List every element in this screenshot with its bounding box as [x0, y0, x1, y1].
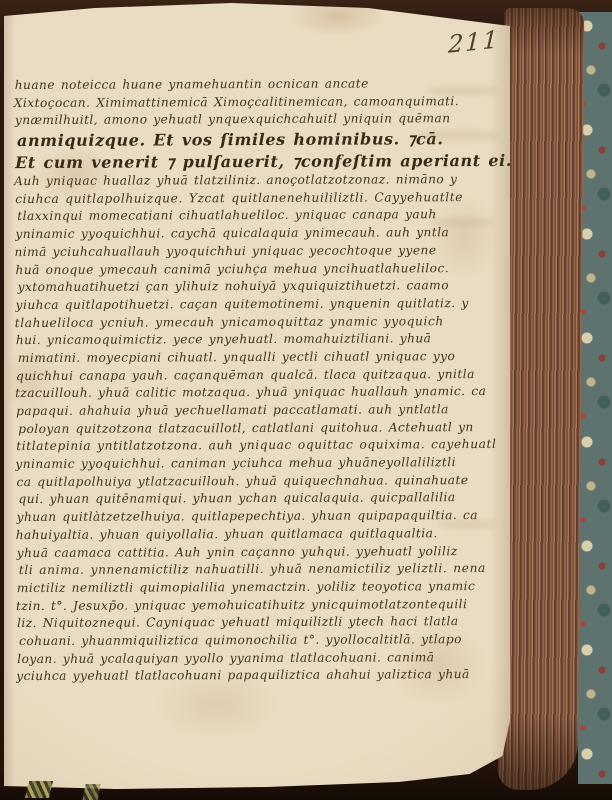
ink-showthrough-smudge	[430, 218, 494, 227]
manuscript-line: poloyan quitzotzona tlatzacuillotl, catl…	[18, 419, 506, 439]
manuscript-line: loyan. yhuā ycalaquiyan yyollo yyanima t…	[17, 649, 505, 669]
book-fore-edge	[498, 8, 585, 791]
ink-showthrough-smudge	[428, 86, 500, 95]
manuscript-line: yninamic yyoquichhui. caychā quicalaquia…	[15, 224, 503, 244]
manuscript-line: yiuhca quitlapotihuetzi. caçan quitemoti…	[16, 295, 504, 315]
manuscript-line: tzacuillouh. yhuā calitic motzaqua. yhuā…	[15, 383, 503, 403]
manuscript-line: quichhui canapa yauh. caçanquēman qualcā…	[16, 366, 504, 386]
manuscript-line: yhuan quitlàtzetzelhuiya. quitlapepechti…	[17, 507, 505, 527]
manuscript-line: yhuā caamaca cattitia. Auh ynin caçanno …	[17, 542, 505, 562]
manuscript-line: yxtomahuatihuetzi çan ylihuiz nohuiyā yx…	[18, 277, 506, 297]
manuscript-line: hahuiyaltia. yhuan quiyollalia. yhuan qu…	[16, 525, 504, 545]
manuscript-photo: 211 huane noteicca huane ynamehuantin oc…	[0, 0, 612, 800]
manuscript-text: huane noteicca huane ynamehuantin ocnica…	[15, 75, 506, 686]
manuscript-line: Auh yniquac huallaz yhuā tlatziliniz. an…	[14, 171, 502, 191]
manuscript-line: tlahueliloca ycniuh. ymecauh ynicamoquit…	[15, 313, 503, 333]
manuscript-line: liz. Niquitoznequi. Cayniquac yehuatl mi…	[17, 613, 505, 633]
manuscript-line: ca quitlapolhuiya ytlatzacuillouh. yhuā …	[16, 472, 504, 492]
manuscript-line: yciuhca yyehuatl tlatlacohuani papaquili…	[16, 666, 504, 686]
ink-showthrough-smudge	[438, 520, 496, 529]
manuscript-line: hui. ynicamoquimictiz. yece ynyehuatl. m…	[16, 330, 504, 350]
manuscript-line: ynæmilhuitl, amono yehuatl ynquexquichca…	[15, 110, 503, 130]
manuscript-line: ciuhca quitlapolhuizque. Yzcat quitlanen…	[15, 189, 503, 209]
manuscript-line: Et cum venerit ⁊ pulſauerit, ⁊confeſtim …	[15, 150, 503, 174]
manuscript-line: huā onoque ymecauh canimā yciuhça mehua …	[15, 259, 503, 279]
manuscript-line: mictiliz nemiliztli quimopialilia ynemac…	[17, 578, 505, 598]
manuscript-line: cohuani. yhuanmiquiliztica quimonochilia…	[19, 631, 507, 651]
manuscript-line: tzin. t°. Jesuxp̄o. yniquac yemohuicatih…	[16, 596, 504, 616]
manuscript-line: nimā yciuhcahuallauh yyoquichhui yniquac…	[14, 242, 502, 262]
ink-showthrough-smudge	[416, 130, 500, 141]
manuscript-line: papaqui. ahahuia yhuā yechuellamati pacc…	[16, 401, 504, 421]
manuscript-line: mimatini. moyecpiani cihuatl. ynqualli y…	[18, 348, 506, 368]
manuscript-line: Xixtoçocan. Ximimattinemicā Ximoçcalitin…	[14, 93, 502, 113]
manuscript-line: titlatepinia yntitlatzotzona. auh yniqua…	[16, 436, 504, 456]
folio-number: 211	[448, 25, 501, 59]
manuscript-line: tli anima. ynnenamictiliz nahuatilli. yh…	[19, 560, 507, 580]
manuscript-line: yninamic yyoquichhui. caniman yciuhca me…	[15, 454, 503, 474]
manuscript-line: qui. yhuan quitēnamiqui. yhuan ychan qui…	[18, 489, 506, 509]
endband-ribbon	[83, 784, 101, 800]
endband-ribbon	[25, 781, 53, 798]
